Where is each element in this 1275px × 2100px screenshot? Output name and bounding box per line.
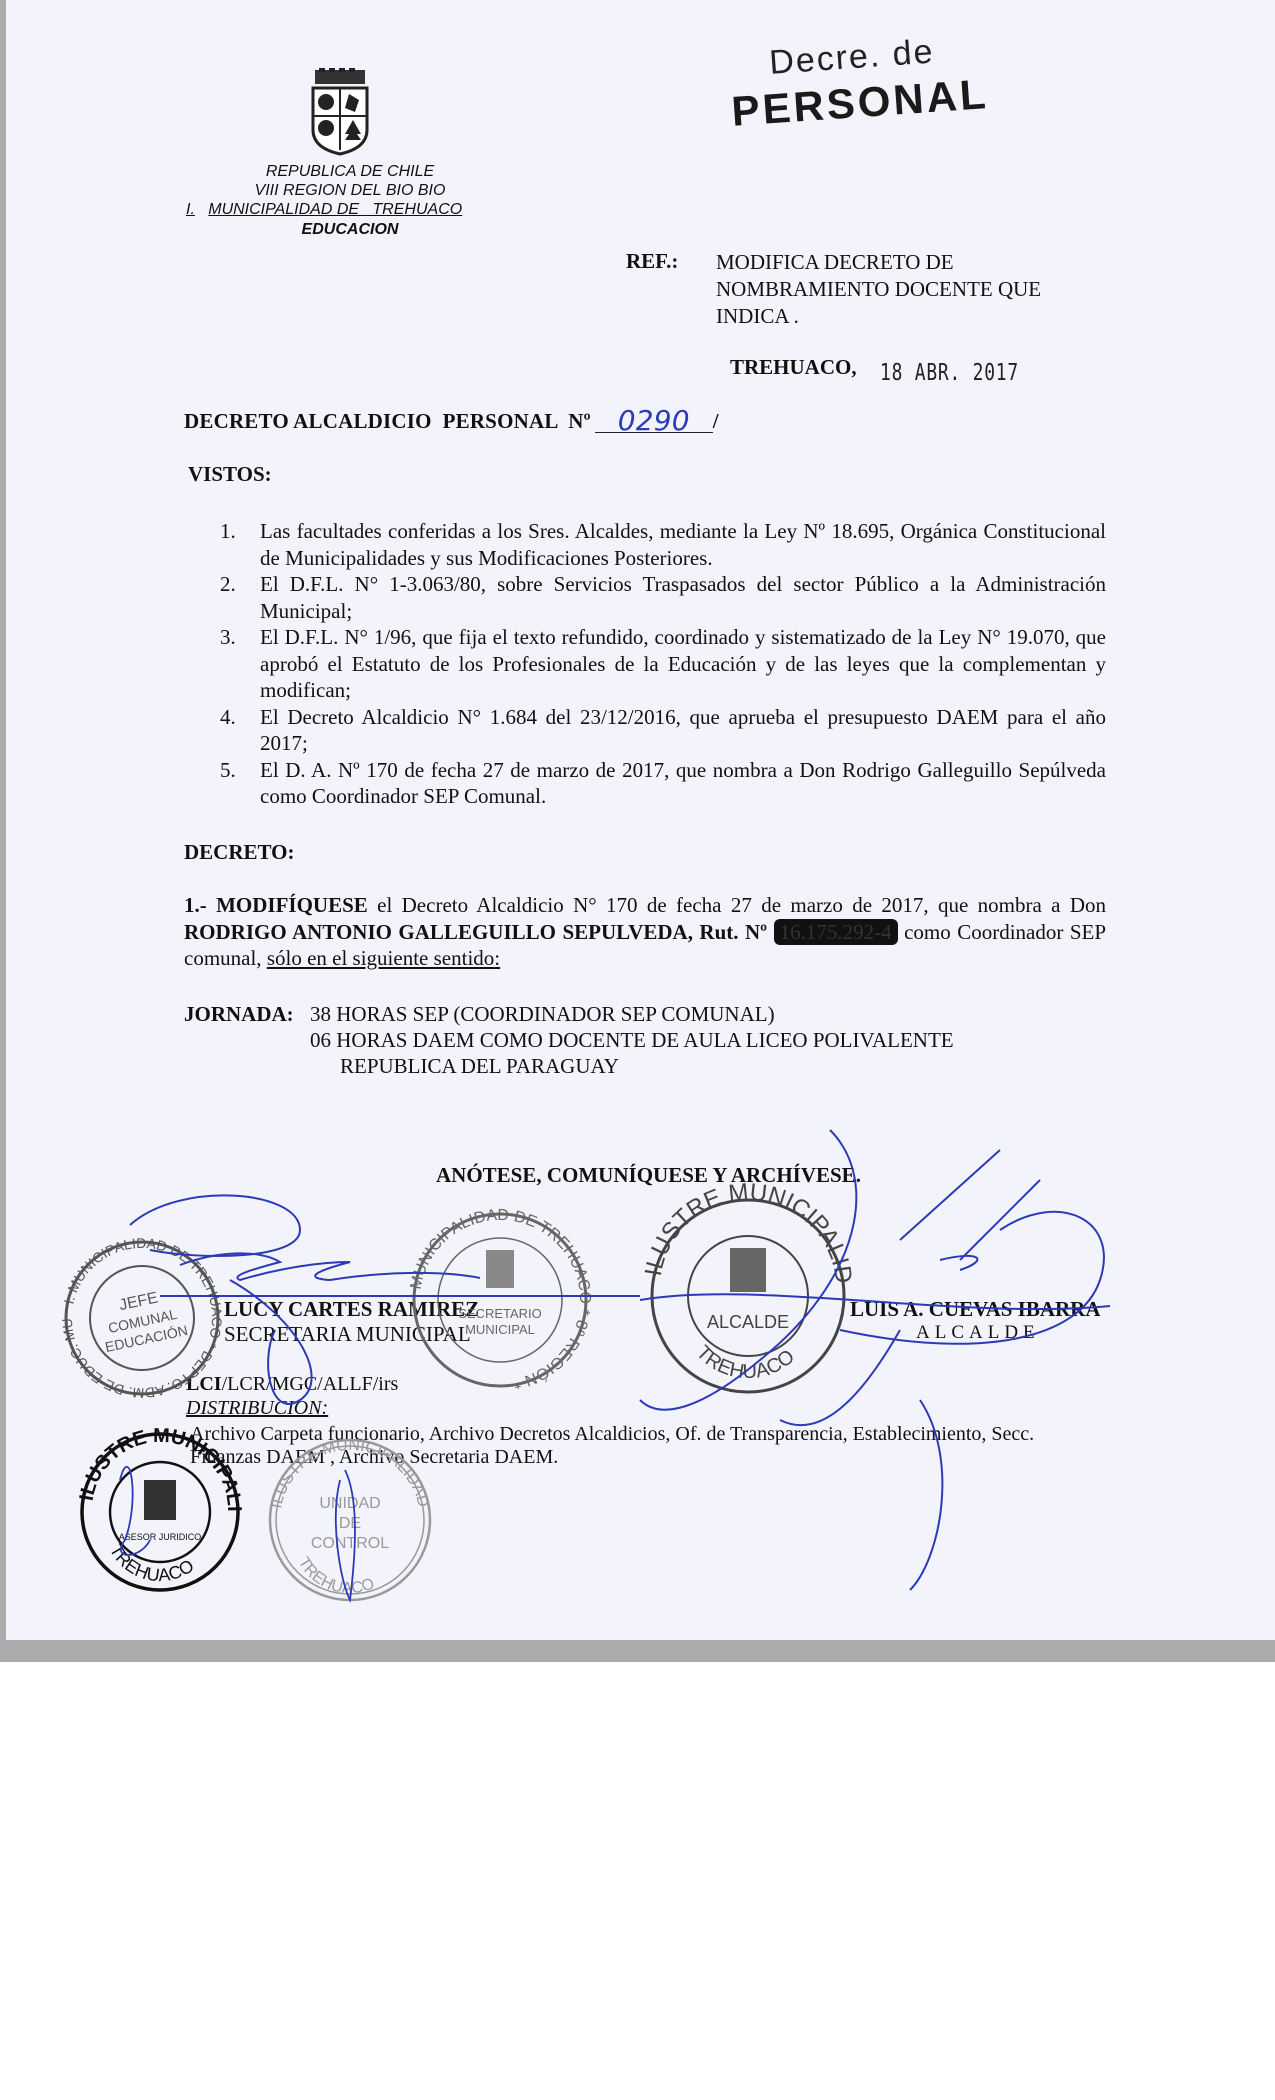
- jornada-line-2: 06 HORAS DAEM COMO DOCENTE DE AULA LICEO…: [310, 1028, 954, 1053]
- signatory-left-name: LUCY CARTES RAMIREZ: [224, 1297, 479, 1322]
- signatory-right-role: ALCALDE: [916, 1322, 1040, 1344]
- item-text: El D.F.L. N° 1/96, que fija el texto ref…: [260, 624, 1106, 704]
- jornada-line-3: REPUBLICA DEL PARAGUAY: [340, 1054, 619, 1079]
- ref-text: MODIFICA DECRETO DE NOMBRAMIENTO DOCENTE…: [716, 249, 1076, 330]
- signatory-right-name: LUIS A. CUEVAS IBARRA: [850, 1297, 1101, 1322]
- decree-number: 0290: [595, 410, 713, 433]
- item-text: El D. A. Nº 170 de fecha 27 de marzo de …: [260, 757, 1106, 810]
- list-item: 3.El D.F.L. N° 1/96, que fija el texto r…: [220, 624, 1106, 704]
- item-text: Las facultades conferidas a los Sres. Al…: [260, 518, 1106, 571]
- initials-rest: /LCR/MGC/ALLF/irs: [222, 1373, 399, 1395]
- ref-label: REF.:: [626, 249, 678, 274]
- item-number: 4.: [220, 704, 260, 757]
- coat-of-arms-icon: [309, 66, 371, 156]
- distribution-label: DISTRIBUCION:: [186, 1397, 328, 1420]
- header-department: EDUCACION: [190, 221, 510, 239]
- initials: LCI/LCR/MGC/ALLF/irs: [186, 1373, 398, 1396]
- municipality-name: MUNICIPALIDAD DE TREHUACO: [208, 201, 462, 218]
- article-text-underlined: sólo en el siguiente sentido: [267, 946, 494, 970]
- decree-title-text: DECRETO ALCALDICIO PERSONAL Nº: [184, 409, 591, 433]
- municipality-prefix: I.: [186, 201, 195, 218]
- item-number: 3.: [220, 624, 260, 704]
- item-text: El Decreto Alcaldicio N° 1.684 del 23/12…: [260, 704, 1106, 757]
- list-item: 1.Las facultades conferidas a los Sres. …: [220, 518, 1106, 571]
- article-text: el Decreto Alcaldicio N° 170 de fecha 27…: [368, 893, 1106, 917]
- vistos-list: 1.Las facultades conferidas a los Sres. …: [220, 518, 1106, 810]
- item-text: El D.F.L. N° 1-3.063/80, sobre Servicios…: [260, 571, 1106, 624]
- article-colon: :: [494, 946, 500, 970]
- decreto-heading: DECRETO:: [184, 840, 294, 865]
- decreto-article-1: 1.- MODIFÍQUESE el Decreto Alcaldicio N°…: [184, 892, 1106, 972]
- item-number: 2.: [220, 571, 260, 624]
- vistos-heading: VISTOS:: [188, 462, 272, 487]
- signatory-left-role: SECRETARIA MUNICIPAL: [224, 1322, 471, 1347]
- header-country: REPUBLICA DE CHILE: [190, 163, 510, 181]
- header-municipality: I. MUNICIPALIDAD DE TREHUACO: [186, 201, 506, 219]
- jornada-line-1: 38 HORAS SEP (COORDINADOR SEP COMUNAL): [310, 1002, 775, 1027]
- list-item: 4.El Decreto Alcaldicio N° 1.684 del 23/…: [220, 704, 1106, 757]
- city: TREHUACO,: [730, 355, 857, 380]
- article-lead: 1.- MODIFÍQUESE: [184, 893, 368, 917]
- decree-number-suffix: /: [713, 409, 719, 433]
- header-region: VIII REGION DEL BIO BIO: [190, 182, 510, 200]
- item-number: 1.: [220, 518, 260, 571]
- jornada-label: JORNADA:: [184, 1002, 294, 1027]
- date-stamp: 18 ABR. 2017: [880, 360, 1019, 386]
- distribution-text: Archivo Carpeta funcionario, Archivo Dec…: [190, 1423, 1110, 1469]
- list-item: 2.El D.F.L. N° 1-3.063/80, sobre Servici…: [220, 571, 1106, 624]
- item-number: 5.: [220, 757, 260, 810]
- list-item: 5.El D. A. Nº 170 de fecha 27 de marzo d…: [220, 757, 1106, 810]
- rut-redacted: 16.175.292-4: [774, 919, 898, 946]
- decree-title: DECRETO ALCALDICIO PERSONAL Nº0290/: [184, 408, 719, 434]
- scan-border-bottom: [0, 1640, 1275, 1662]
- initials-bold: LCI: [186, 1373, 222, 1395]
- closing-formula: ANÓTESE, COMUNÍQUESE Y ARCHÍVESE.: [436, 1163, 861, 1188]
- person-name-rut: RODRIGO ANTONIO GALLEGUILLO SEPULVEDA, R…: [184, 920, 767, 944]
- scan-border-left: [0, 0, 6, 1660]
